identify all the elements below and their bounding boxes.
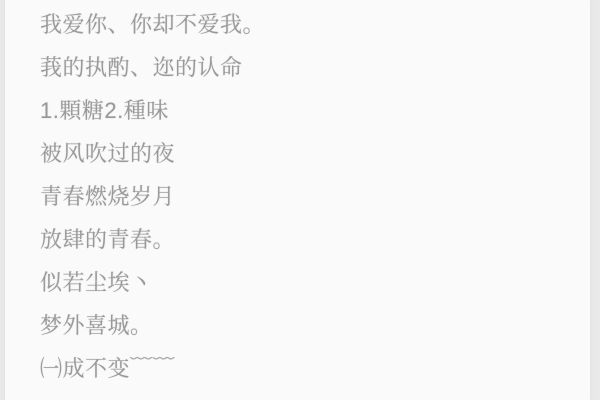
content-area: 我爱你、你却不爱我。 莪的执酌、迩的认命 1.顆糖2.種味 被风吹过的夜 青春燃… [5, 0, 590, 400]
text-line: 莪的执酌、迩的认命 [40, 46, 580, 89]
text-line: 被风吹过的夜 [40, 132, 580, 175]
text-line: 放肆的青春。 [40, 218, 580, 261]
page-background: 我爱你、你却不爱我。 莪的执酌、迩的认命 1.顆糖2.種味 被风吹过的夜 青春燃… [0, 0, 600, 400]
text-line: 我爱你、你却不爱我。 [40, 3, 580, 46]
text-line: ㈠成不变﹋﹋ [40, 347, 580, 390]
text-line: 1.顆糖2.種味 [40, 89, 580, 132]
text-list: 我爱你、你却不爱我。 莪的执酌、迩的认命 1.顆糖2.種味 被风吹过的夜 青春燃… [5, 0, 590, 390]
text-line: 似若尘埃丶 [40, 261, 580, 304]
text-line: 梦外喜城。 [40, 304, 580, 347]
text-line: 青春燃烧岁月 [40, 175, 580, 218]
